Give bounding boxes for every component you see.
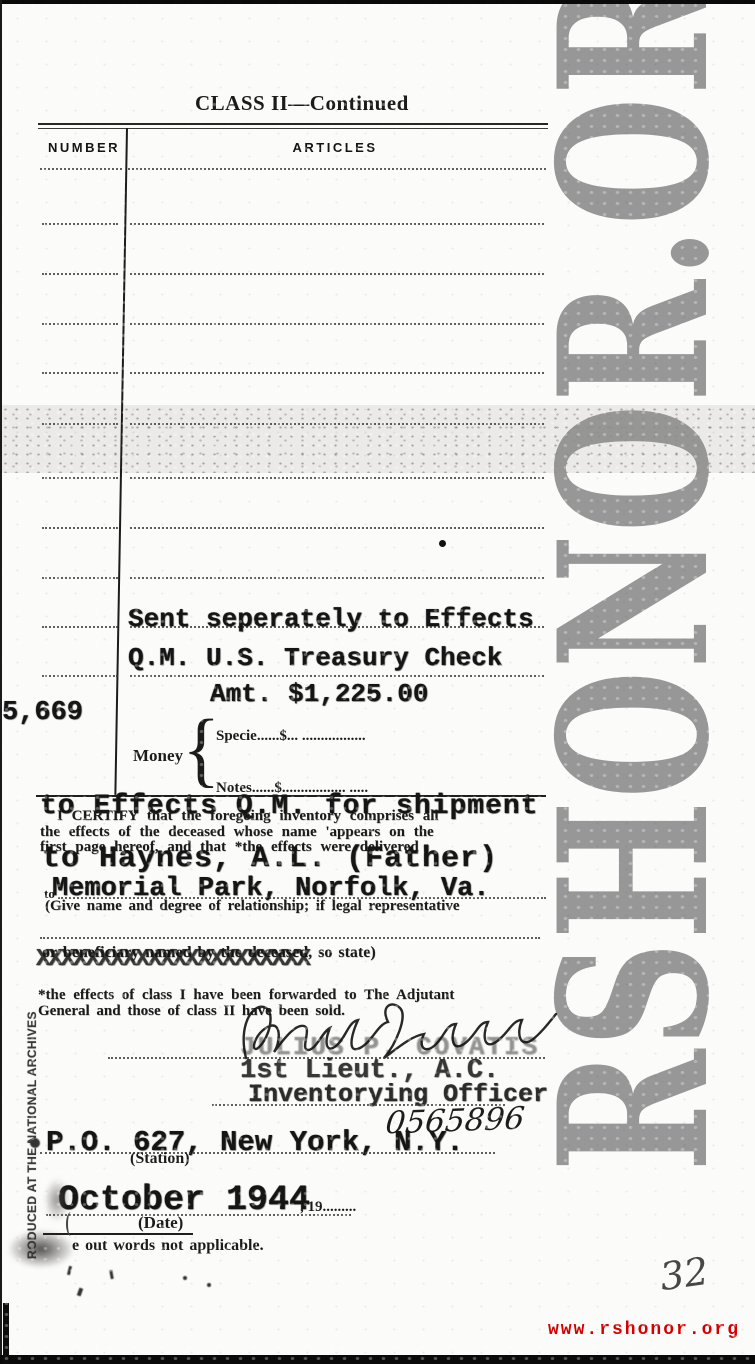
table-ruling-line [42,626,118,628]
table-ruling-line [42,675,118,677]
table-ruling-line [42,477,118,479]
scan-edge-left [0,0,2,1364]
table-ruling-line [130,273,544,275]
typed-entry-line: Amt. $1,225.00 [210,679,428,709]
page-title: CLASS II—Continued [195,91,409,116]
table-top-rule [38,123,548,129]
station-line [40,1152,495,1154]
table-ruling-line [128,168,546,170]
typed-crossout: XXXXXXXXXXXXXXXXXXXXXX [36,946,309,973]
typed-station: P.O. 627, New York, N.Y. [46,1126,464,1159]
table-ruling-line [42,527,118,529]
ink-dot-mark [439,540,446,547]
ink-blot [30,1138,40,1148]
ink-speck [77,1288,83,1297]
typed-entry-line: Q.M. U.S. Treasury Check [128,643,502,673]
handwritten-page-number: 32 [657,1249,711,1299]
table-ruling-line [130,223,544,225]
money-brace: { [182,716,220,783]
pencil-smudge [8,1230,74,1268]
typed-recipient-line: to Haynes, A.L. (Father) [42,842,498,876]
table-ruling-line [130,423,544,425]
scan-edge-left-thick [3,1303,9,1364]
table-ruling-line [42,323,118,325]
certify-paragraph-line: I CERTIFY that the foregoing inventory c… [57,808,439,825]
scan-edge-bottom [0,1355,755,1364]
money-label: Money [133,746,183,766]
table-ruling-line [130,675,544,677]
money-specie-line: Specie......$... ................. [216,728,366,745]
short-rule [43,1233,193,1235]
column-header-articles: ARTICLES [130,140,540,155]
fill-in-line [40,937,540,939]
date-label: (Date) [138,1213,183,1233]
table-ruling-line [42,372,118,374]
strike-words-footnote: e out words not applicable. [72,1237,264,1255]
table-ruling-line [42,577,118,579]
table-ruling-line [40,168,122,170]
ink-speck [207,1283,211,1287]
ink-speck [109,1270,114,1279]
table-ruling-line [42,423,118,425]
relationship-note-line: (Give name and degree of relationship; i… [45,898,460,915]
pencil-mark [66,1212,76,1236]
printed-year-blank: , 19......... [300,1199,356,1216]
site-url: www.rshonor.org [548,1320,740,1340]
station-label: (Station) [130,1150,190,1168]
scan-edge-top [0,0,755,4]
entry-number: 5,669 [2,698,83,728]
ink-speck [67,1266,72,1275]
table-ruling-line [130,372,544,374]
table-ruling-line [130,323,544,325]
table-ruling-line [130,577,544,579]
table-ruling-line [130,527,544,529]
table-ruling-line [42,223,118,225]
typed-entry-line: Sent seperately to Effects [128,604,534,634]
scanned-document-page: RSHONOR.ORG RODUCED AT THE NATIONAL ARCH… [0,0,755,1364]
pencil-smudge [44,1178,70,1222]
table-ruling-line [42,273,118,275]
table-ruling-line [130,477,544,479]
ink-speck [183,1276,187,1280]
column-header-number: NUMBER [45,140,123,155]
